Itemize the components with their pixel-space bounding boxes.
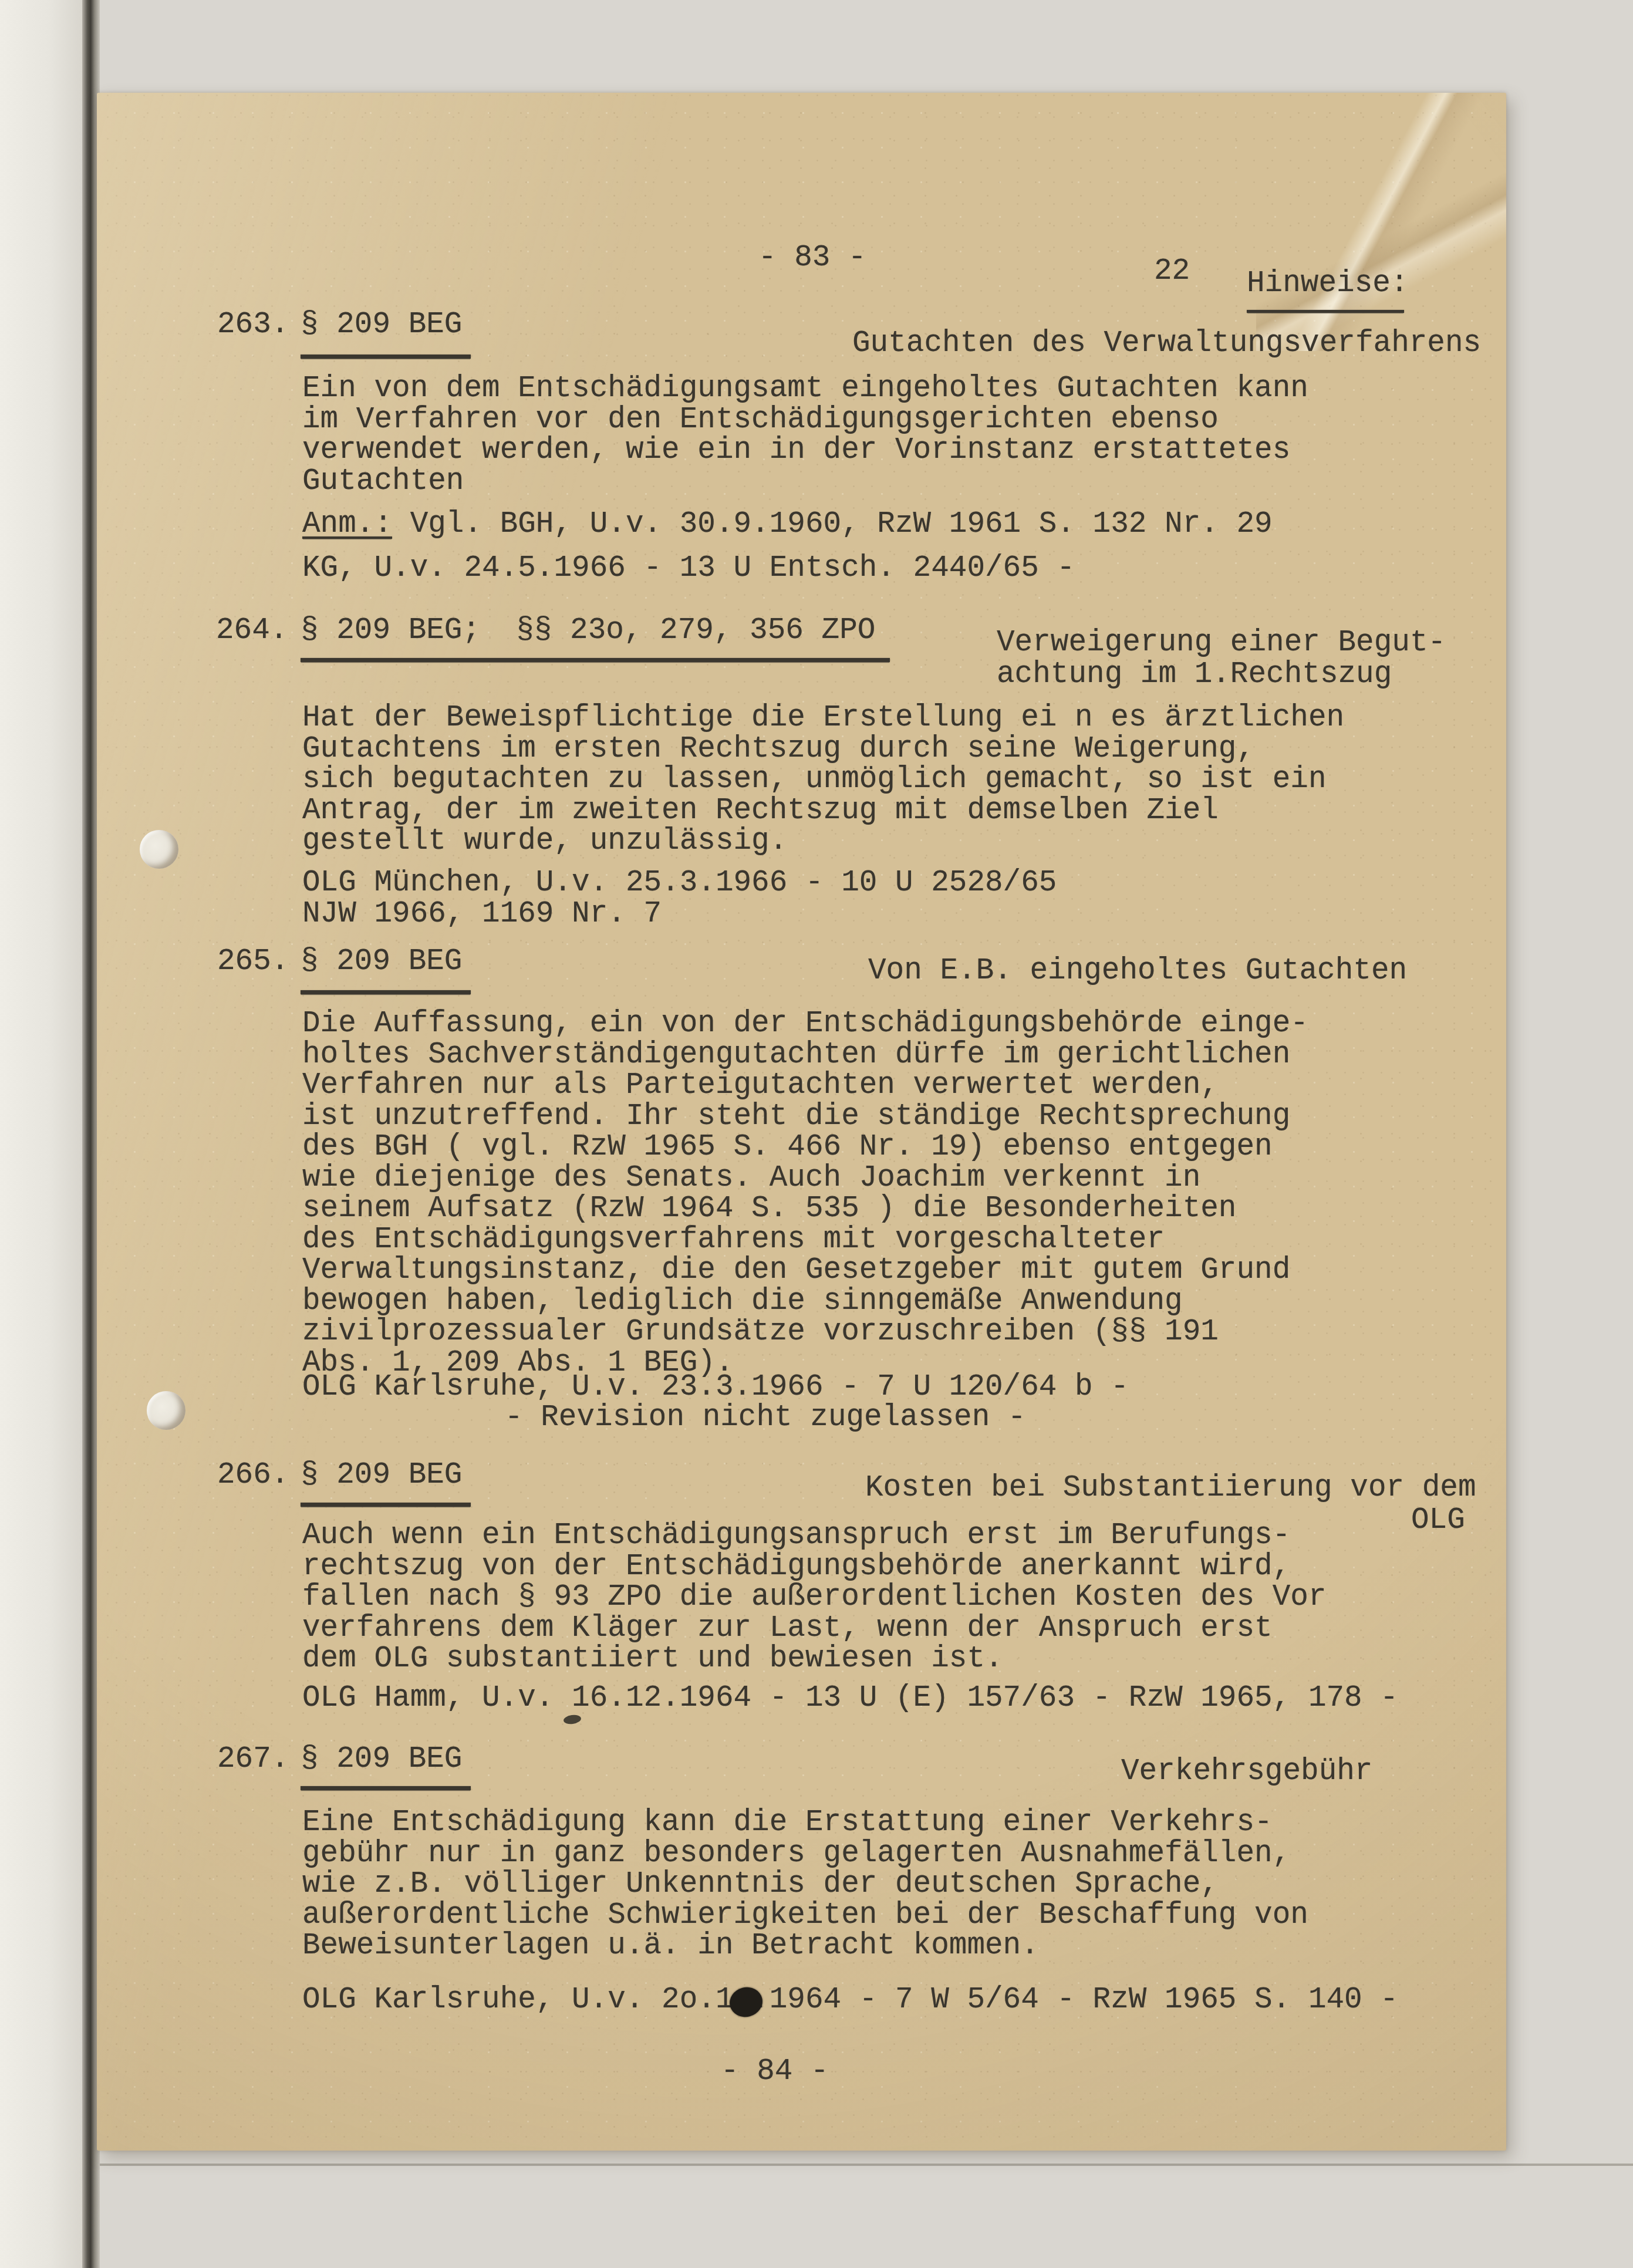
- section-topic: achtung im 1.Rechtszug: [997, 660, 1392, 691]
- page-number-top: - 83 -: [758, 243, 866, 274]
- page-number-bottom: - 84 -: [721, 2057, 829, 2088]
- section-number: 263.: [217, 310, 289, 341]
- section-topic: Von E.B. eingeholtes Gutachten: [868, 956, 1407, 987]
- statute-underline: [301, 990, 471, 994]
- section-topic: Kosten bei Substantiierung vor dem: [865, 1473, 1476, 1504]
- section-topic: Verweigerung einer Begut-: [997, 628, 1446, 659]
- section-statute: § 209 BEG: [301, 310, 462, 341]
- section-topic: OLG: [1411, 1506, 1465, 1537]
- section-body: Ein von dem Entschädigungsamt eingeholte…: [302, 374, 1308, 497]
- scan-edge-white-strip: [0, 0, 82, 2268]
- scanner-bed-line: [100, 2164, 1633, 2166]
- punch-hole-top: [140, 830, 178, 869]
- hinweise-label: Hinweise:: [1247, 269, 1408, 300]
- scanned-page-photo: { "colors": { "paper": "#d5c097", "ink":…: [0, 0, 1633, 2268]
- section-citation: KG, U.v. 24.5.1966 - 13 U Entsch. 2440/6…: [302, 553, 1075, 585]
- section-number: 267.: [217, 1744, 289, 1776]
- section-statute: § 209 BEG: [301, 1460, 462, 1491]
- statute-underline: [301, 658, 890, 662]
- section-statute: § 209 BEG; §§ 23o, 279, 356 ZPO: [301, 616, 875, 647]
- section-topic: Gutachten des Verwaltungsverfahrens: [852, 329, 1481, 360]
- punch-hole-bottom: [147, 1391, 185, 1430]
- section-number: 265.: [217, 947, 289, 978]
- statute-underline: [301, 1503, 471, 1507]
- section-citation: - Revision nicht zugelassen -: [505, 1403, 1026, 1434]
- section-citation: OLG Karlsruhe, U.v. 2o.1o.1964 - 7 W 5/6…: [302, 1985, 1398, 2016]
- section-citation: OLG München, U.v. 25.3.1966 - 10 U 2528/…: [302, 868, 1057, 930]
- section-body: Die Auffassung, ein von der Entschädigun…: [302, 1009, 1308, 1379]
- statute-underline: [301, 1786, 471, 1790]
- section-citation: OLG Hamm, U.v. 16.12.1964 - 13 U (E) 157…: [302, 1683, 1398, 1715]
- statute-underline: [301, 355, 471, 359]
- section-statute: § 209 BEG: [301, 1744, 462, 1776]
- section-topic: Verkehrsgebühr: [1121, 1757, 1372, 1788]
- section-body: Auch wenn ein Entschädigungsanspruch ers…: [302, 1521, 1326, 1675]
- section-number: 264.: [216, 616, 288, 647]
- section-note: Anm.: Vgl. BGH, U.v. 30.9.1960, RzW 1961…: [302, 509, 1273, 541]
- note-underline: [302, 536, 392, 539]
- sheet-note: 22: [1154, 256, 1190, 288]
- section-number: 266.: [217, 1460, 289, 1491]
- section-body: Eine Entschädigung kann die Erstattung e…: [302, 1808, 1308, 1962]
- section-statute: § 209 BEG: [301, 947, 462, 978]
- hinweise-underline: [1247, 310, 1404, 313]
- section-citation: OLG Karlsruhe, U.v. 23.3.1966 - 7 U 120/…: [302, 1372, 1129, 1403]
- section-body: Hat der Beweispflichtige die Erstellung …: [302, 703, 1344, 858]
